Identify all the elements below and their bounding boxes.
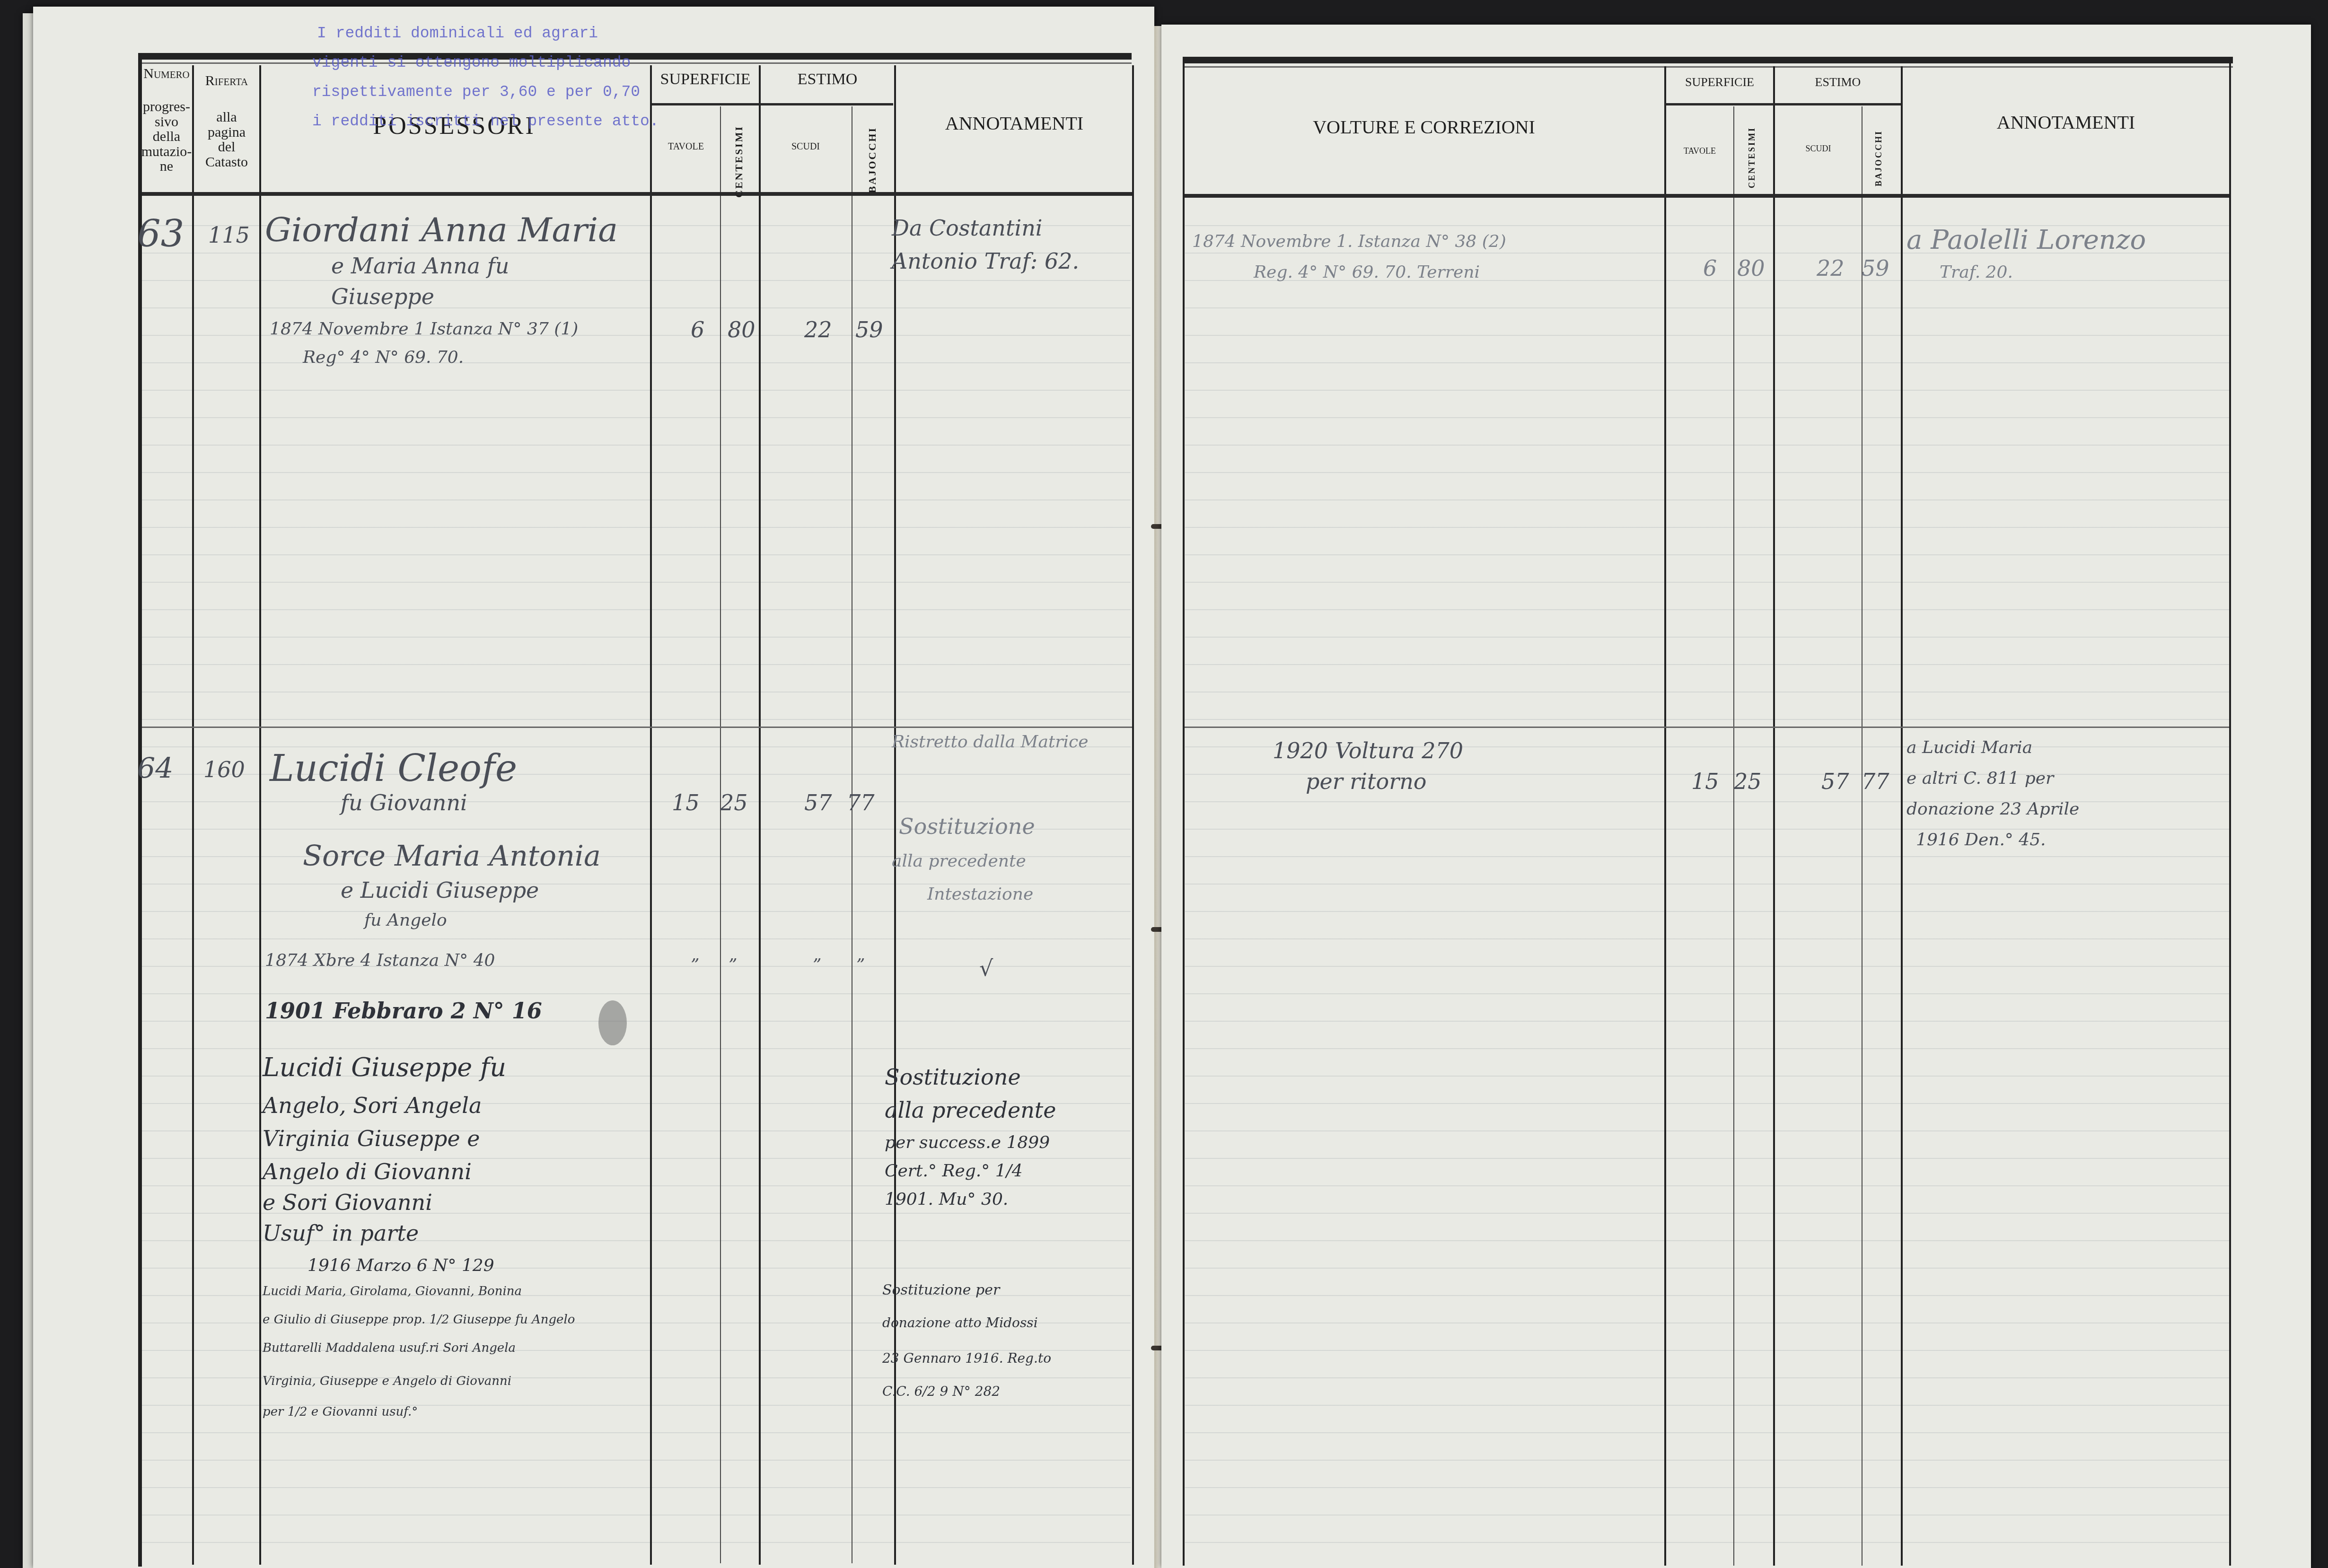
entry-64-possessore-3: Sorce Maria Antonia — [303, 840, 601, 873]
annotamento-right-64-1: a Lucidi Maria — [1906, 738, 2032, 757]
volture-63-line-2: Reg. 4° N° 69. 70. Terreni — [1254, 263, 1480, 282]
entry-1901-annotamento-3: per success.e 1899 — [885, 1133, 1050, 1152]
entry-1916-annotamento-1: Sostituzione per — [882, 1282, 1000, 1298]
entry-64-centesimi: 25 — [720, 790, 748, 815]
entry-1901-annotamento-4: Cert.° Reg.° 1/4 — [885, 1161, 1023, 1181]
header-scudi-right: SCUDI — [1775, 144, 1862, 153]
annotamento-right-64-2: e altri C. 811 per — [1906, 769, 2054, 788]
entry-63-scudi: 22 — [804, 317, 832, 342]
header-riferta-sub: alla pagina del Catasto — [194, 110, 259, 169]
header-bottom-rule-right — [1185, 194, 2229, 198]
entry-1916-annotamento-2: donazione atto Midossi — [882, 1315, 1038, 1331]
header-bottom-rule — [142, 192, 1132, 196]
header-numero: Numero — [141, 66, 192, 81]
left-frame-edge — [138, 53, 142, 1567]
divider-scudi-right — [1862, 106, 1862, 1566]
stamp-line-2: vigenti si ottengono moltiplicando — [312, 48, 631, 77]
entry-63-possessore-5: Reg° 4° N° 69. 70. — [303, 348, 464, 367]
entry-1901-possessore-1: Lucidi Giuseppe fu — [263, 1052, 506, 1082]
entry-64-tavole: 15 — [672, 790, 700, 815]
divider-estimo-right — [1901, 66, 1903, 1566]
annotamento-right-64-4: 1916 Den.° 45. — [1916, 830, 2046, 850]
entry-64-scudi: 57 — [804, 790, 832, 815]
header-scudi: SCUDI — [760, 142, 852, 152]
entry-64-possessore-1: Lucidi Cleofe — [270, 747, 517, 790]
entry-1901-header: 1901 Febbraro 2 N° 16 — [265, 998, 542, 1024]
left-top-rule-thin — [138, 62, 1132, 64]
entry-64-possessore-4: e Lucidi Giuseppe — [341, 877, 539, 903]
header-annotamenti-right: ANNOTAMENTI — [1903, 113, 2229, 132]
check-mark: √ — [979, 955, 993, 981]
volture-63-tavole: 6 — [1703, 255, 1717, 281]
ditto-mark: ” — [691, 955, 699, 975]
volture-64-line-2: per ritorno — [1306, 769, 1426, 794]
divider-possessori — [650, 65, 652, 1565]
entry-63-possessore-4: 1874 Novembre 1 Istanza N° 37 (1) — [270, 319, 578, 339]
divider-riferta — [259, 65, 261, 1565]
entry-64-riferta: 160 — [203, 757, 245, 782]
header-riferta: Riferta — [194, 73, 259, 88]
volture-64-bajocchi: 77 — [1862, 769, 1889, 794]
entry-1916-header: 1916 Marzo 6 N° 129 — [307, 1256, 494, 1275]
subheader-rule — [652, 103, 893, 105]
entry-1916-annotamento-3: 23 Gennaro 1916. Reg.to — [882, 1350, 1051, 1366]
entry-63-annotamento-1: Da Costantini — [892, 215, 1043, 241]
volture-64-line-1: 1920 Voltura 270 — [1273, 738, 1463, 763]
ditto-mark: ” — [813, 955, 821, 975]
entry-1916-possessore-1: Lucidi Maria, Girolama, Giovanni, Bonina — [263, 1284, 522, 1298]
entry-63-possessore-2: e Maria Anna fu — [331, 253, 509, 279]
entry-64-annotamento-1: Ristretto dalla Matrice — [892, 732, 1089, 752]
entry-1916-possessore-3: Buttarelli Maddalena usuf.ri Sori Angela — [263, 1341, 516, 1355]
divider-tavole — [720, 106, 721, 1563]
left-top-rule — [138, 53, 1132, 60]
volture-64-tavole: 15 — [1691, 769, 1719, 794]
entry-1901-annotamento-2: alla precedente — [885, 1097, 1056, 1123]
entry-63-possessore-1: Giordani Anna Maria — [265, 210, 618, 249]
volture-63-scudi: 22 — [1817, 255, 1845, 281]
entry-64-annotamento-4: Intestazione — [927, 885, 1033, 904]
right-top-rule-thin — [1183, 66, 2233, 68]
entry-1916-annotamento-4: C.C. 6/2 9 N° 282 — [882, 1384, 1000, 1399]
right-top-rule — [1183, 57, 2233, 63]
entry-63-tavole: 6 — [691, 317, 704, 342]
divider-numero — [192, 65, 194, 1565]
ink-blot — [598, 1000, 627, 1045]
divider-volture — [1664, 66, 1666, 1566]
header-superficie: SUPERFICIE — [652, 71, 759, 88]
header-numero-sub: progres- sivo della mutazio- ne — [141, 99, 192, 174]
entry-64-possessore-5: fu Angelo — [364, 911, 447, 930]
header-volture: VOLTURE E CORREZIONI — [1187, 117, 1660, 137]
entry-1901-possessore-5: e Sori Giovanni — [263, 1190, 432, 1215]
right-ruling — [1185, 199, 2231, 1547]
entry-divider — [142, 727, 1132, 728]
subheader-rule-right — [1665, 103, 1901, 105]
right-frame-edge — [1183, 59, 1185, 1566]
entry-64-annotamento-3: alla precedente — [892, 851, 1026, 871]
annotamento-right-63-1: a Paolelli Lorenzo — [1906, 225, 2146, 255]
left-frame-right — [1132, 65, 1134, 1565]
ditto-mark: ” — [729, 955, 737, 975]
entry-63-possessore-3: Giuseppe — [331, 284, 434, 309]
header-bajocchi: BAJOCCHI — [867, 127, 878, 193]
stamp-line-3: rispettivamente per 3,60 e per 0,70 — [312, 78, 640, 106]
stamp-line-4: i redditi iscritti nel presente atto. — [312, 107, 659, 136]
entry-1901-possessore-4: Angelo di Giovanni — [263, 1159, 472, 1184]
entry-63-centesimi: 80 — [728, 317, 756, 342]
header-bajocchi-right: BAJOCCHI — [1874, 130, 1883, 186]
divider-tavole-right — [1733, 106, 1734, 1566]
entry-1901-possessore-3: Virginia Giuseppe e — [263, 1126, 480, 1151]
entry-1901-annotamento-5: 1901. Mu° 30. — [885, 1190, 1008, 1209]
entry-1916-possessore-2: e Giulio di Giuseppe prop. 1/2 Giuseppe … — [263, 1313, 575, 1327]
divider-superficie-right — [1773, 66, 1775, 1566]
header-estimo: ESTIMO — [761, 71, 894, 88]
volture-64-scudi: 57 — [1821, 769, 1849, 794]
entry-1901-possessore-2: Angelo, Sori Angela — [263, 1093, 482, 1118]
header-tavole-right: TAVOLE — [1666, 147, 1733, 156]
volture-63-centesimi: 80 — [1737, 255, 1765, 281]
entry-divider-right — [1185, 727, 2229, 728]
entry-64-bajocchi: 77 — [847, 790, 875, 815]
header-centesimi: CENTESIMI — [733, 125, 744, 198]
header-superficie-right: SUPERFICIE — [1666, 76, 1773, 88]
entry-64-possessore-2: fu Giovanni — [341, 790, 467, 815]
entry-64-numero: 64 — [137, 752, 173, 785]
volture-64-centesimi: 25 — [1734, 769, 1762, 794]
annotamento-right-63-2: Traf. 20. — [1940, 263, 2013, 282]
ditto-mark: ” — [856, 955, 865, 975]
entry-63-numero: 63 — [137, 213, 184, 255]
right-frame-right — [2229, 57, 2231, 1566]
volture-63-bajocchi: 59 — [1862, 255, 1889, 281]
entry-1901-annotamento-1: Sostituzione — [885, 1064, 1021, 1090]
header-estimo-right: ESTIMO — [1775, 76, 1901, 88]
entry-63-bajocchi: 59 — [855, 317, 883, 342]
header-tavole: TAVOLE — [652, 142, 720, 152]
header-annotamenti-left: ANNOTAMENTI — [896, 114, 1132, 133]
header-centesimi-right: CENTESIMI — [1748, 127, 1757, 188]
entry-1916-possessore-4: Virginia, Giuseppe e Angelo di Giovanni — [263, 1374, 511, 1388]
entry-64-annotamento-2: Sostituzione — [899, 814, 1035, 839]
annotamento-right-64-3: donazione 23 Aprile — [1906, 799, 2079, 819]
divider-scudi — [852, 106, 852, 1563]
entry-1916-possessore-5: per 1/2 e Giovanni usuf.° — [263, 1405, 418, 1419]
entry-1901-possessore-6: Usuf° in parte — [263, 1220, 419, 1246]
divider-estimo — [894, 65, 896, 1565]
entry-63-annotamento-2: Antonio Traf: 62. — [892, 248, 1079, 274]
entry-63-riferta: 115 — [208, 222, 250, 248]
divider-superficie — [759, 65, 761, 1565]
stamp-line-1: I redditi dominicali ed agrari — [317, 19, 598, 48]
volture-63-line-1: 1874 Novembre 1. Istanza N° 38 (2) — [1192, 232, 1506, 251]
entry-64-possessore-6: 1874 Xbre 4 Istanza N° 40 — [265, 951, 495, 970]
